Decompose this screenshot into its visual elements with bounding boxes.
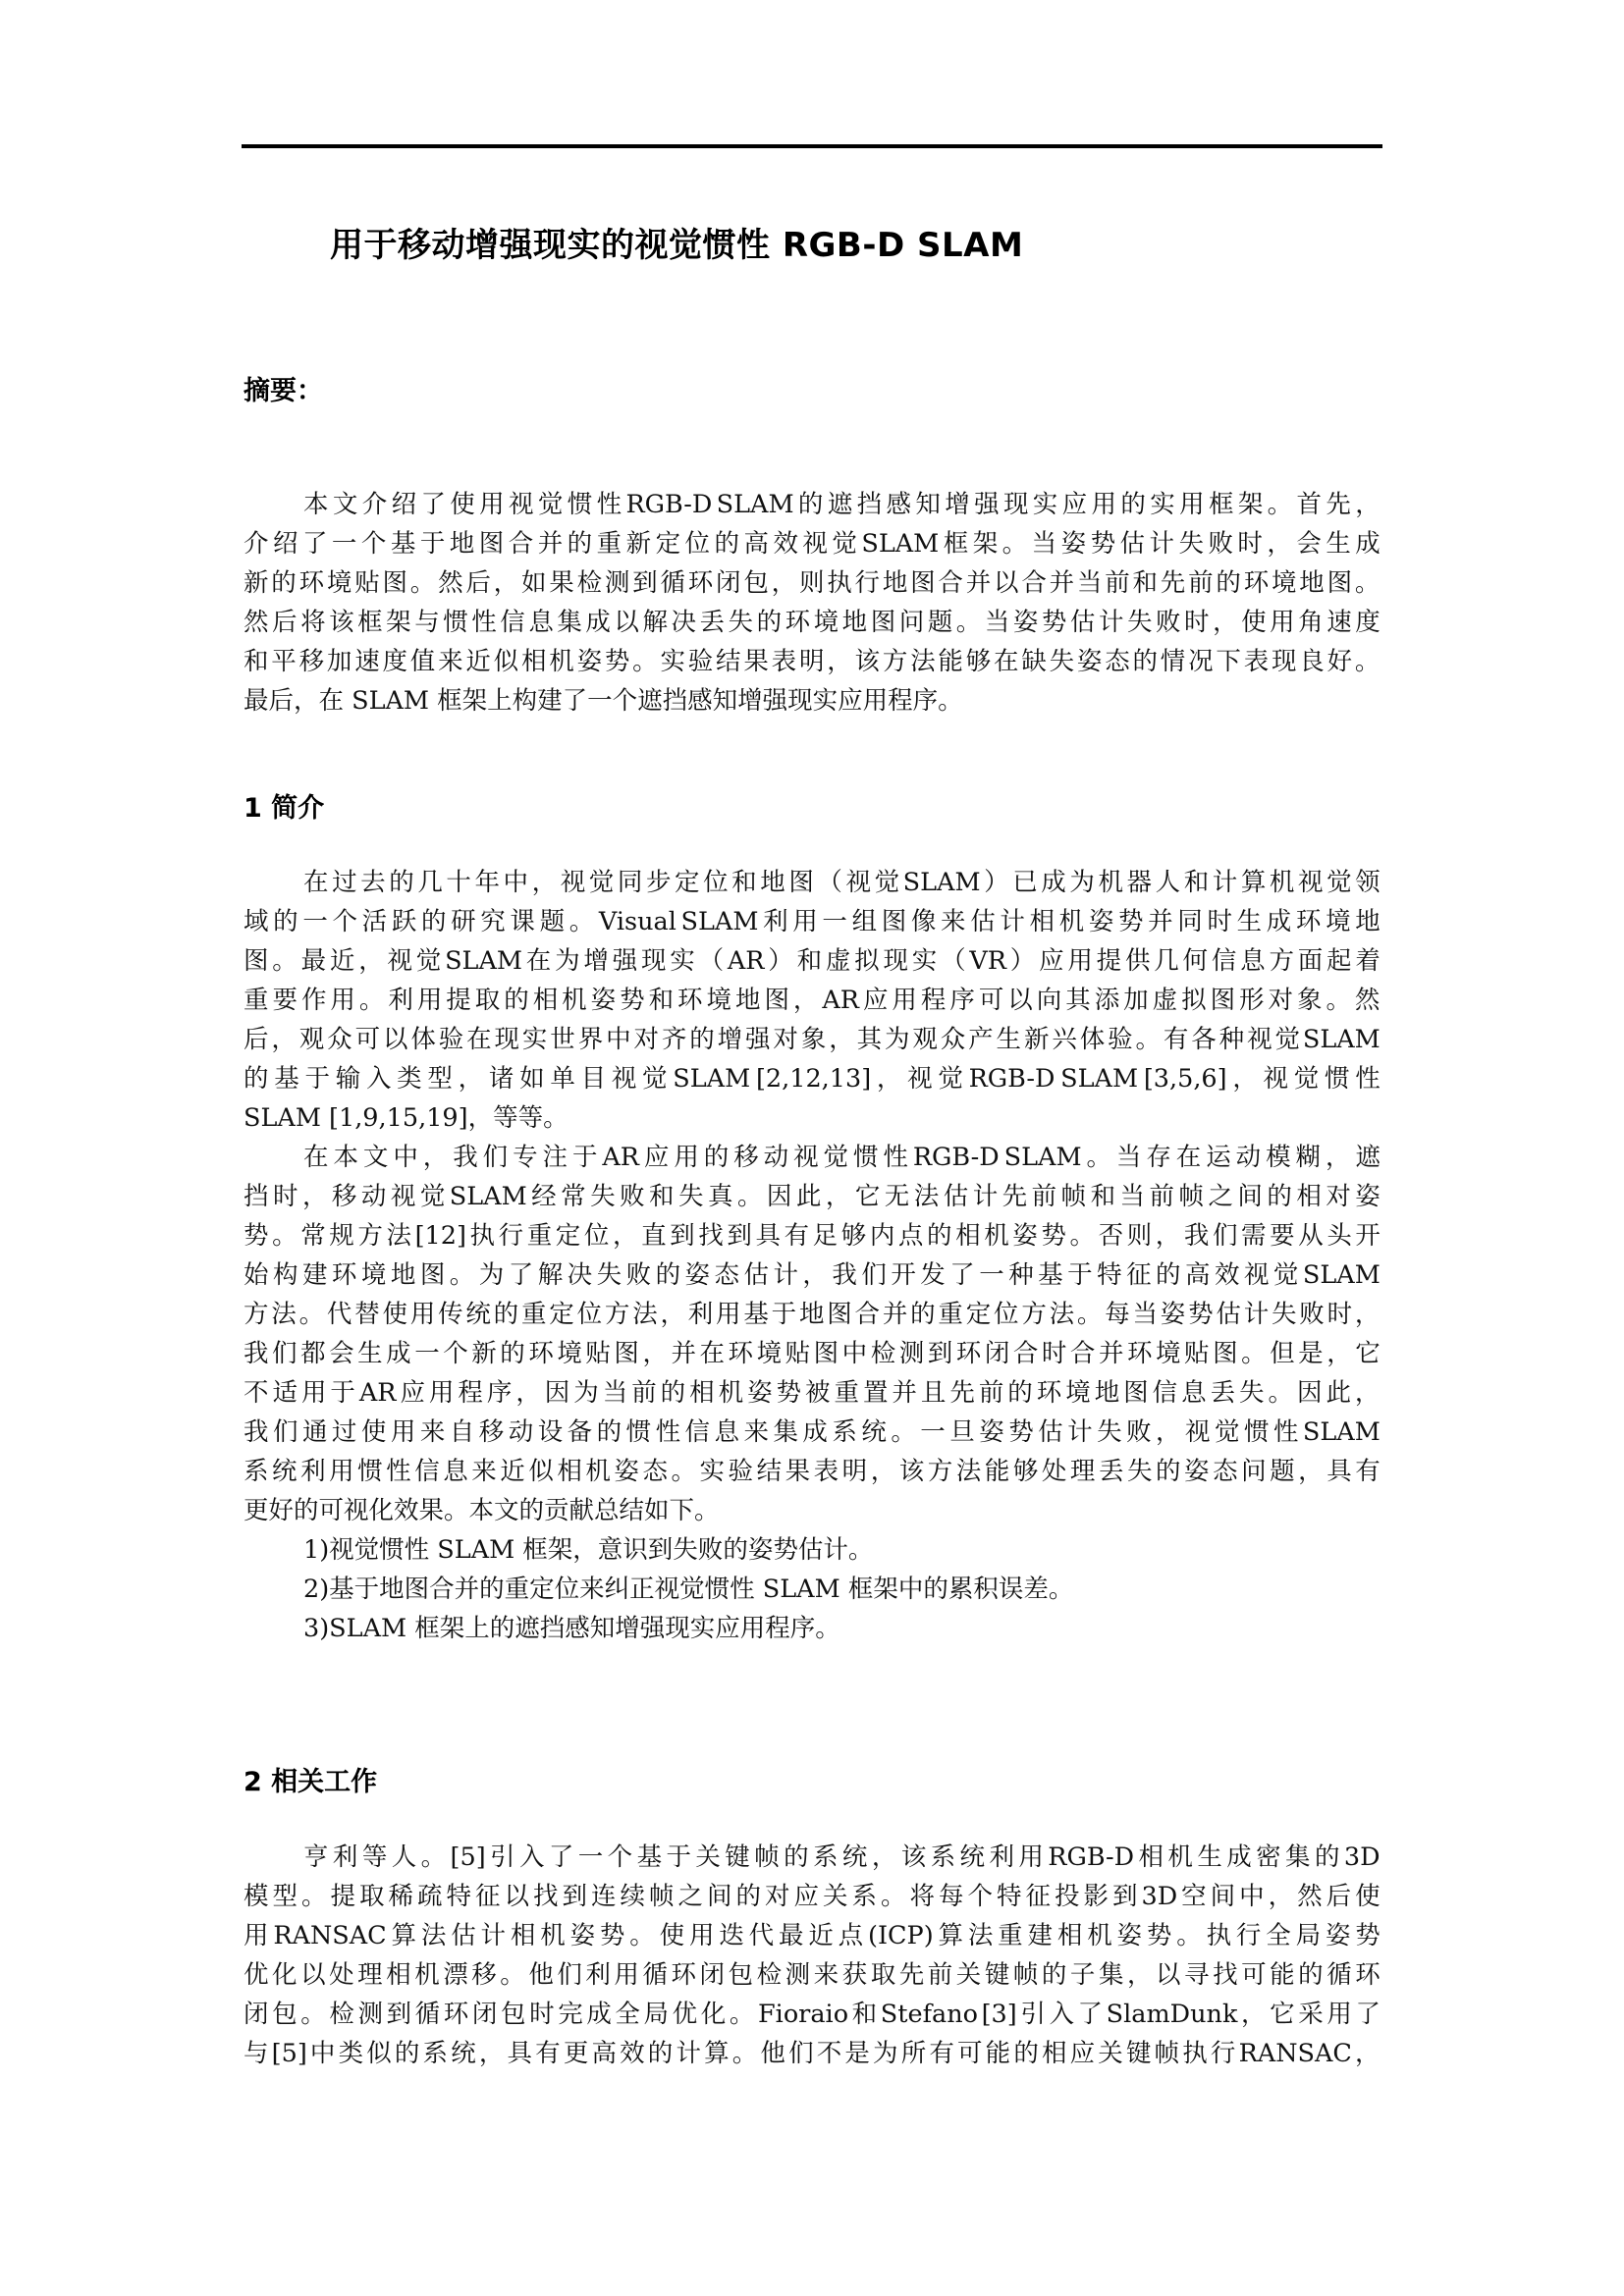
text-line: 在过去的几十年中，视觉同步定位和地图（视觉SLAM）已成为机器人和计算机视觉领 <box>244 863 1380 902</box>
list-item: 1)视觉惯性 SLAM 框架，意识到失败的姿势估计。 <box>303 1530 1285 1570</box>
text-line: 闭包。检测到循环闭包时完成全局优化。Fioraio和Stefano[3]引入了S… <box>244 1995 1380 2034</box>
abstract-heading: 摘要： <box>244 369 323 407</box>
text-line: 本文介绍了使用视觉惯性RGB-DSLAM的遮挡感知增强现实应用的实用框架。首先， <box>244 485 1380 524</box>
abstract-body: 本文介绍了使用视觉惯性RGB-DSLAM的遮挡感知增强现实应用的实用框架。首先，… <box>244 485 1380 721</box>
paper-title: 用于移动增强现实的视觉惯性 RGB-D SLAM <box>330 218 1023 266</box>
text-line: 始构建环境地图。为了解决失败的姿态估计，我们开发了一种基于特征的高效视觉SLAM <box>244 1255 1380 1295</box>
text-line: 模型。提取稀疏特征以找到连续帧之间的对应关系。将每个特征投影到3D空间中，然后使 <box>244 1877 1380 1916</box>
list-item: 2)基于地图合并的重定位来纠正视觉惯性 SLAM 框架中的累积误差。 <box>303 1570 1285 1609</box>
text-line: SLAM [1,9,15,19]，等等。 <box>244 1098 1380 1138</box>
text-line: 然后将该框架与惯性信息集成以解决丢失的环境地图问题。当姿势估计失败时，使用角速度 <box>244 603 1380 642</box>
section-2-paragraph-1: 亨利等人。[5]引入了一个基于关键帧的系统，该系统利用RGB-D相机生成密集的3… <box>244 1838 1380 2073</box>
header-rule <box>242 144 1382 148</box>
text-line: 后，观众可以体验在现实世界中对齐的增强对象，其为观众产生新兴体验。有各种视觉SL… <box>244 1020 1380 1059</box>
text-line: 最后，在 SLAM 框架上构建了一个遮挡感知增强现实应用程序。 <box>244 681 1380 721</box>
list-item: 3)SLAM 框架上的遮挡感知增强现实应用程序。 <box>303 1609 1285 1648</box>
text-line: 优化以处理相机漂移。他们利用循环闭包检测来获取先前关键帧的子集，以寻找可能的循环 <box>244 1955 1380 1995</box>
text-line: 势。常规方法[12]执行重定位，直到找到具有足够内点的相机姿势。否则，我们需要从… <box>244 1216 1380 1255</box>
section-1-paragraph-2: 在本文中，我们专注于AR应用的移动视觉惯性RGB-DSLAM。当存在运动模糊，遮… <box>244 1138 1380 1530</box>
text-line: 亨利等人。[5]引入了一个基于关键帧的系统，该系统利用RGB-D相机生成密集的3… <box>244 1838 1380 1877</box>
text-line: 新的环境贴图。然后，如果检测到循环闭包，则执行地图合并以合并当前和先前的环境地图… <box>244 563 1380 603</box>
text-line: 重要作用。利用提取的相机姿势和环境地图，AR应用程序可以向其添加虚拟图形对象。然 <box>244 981 1380 1020</box>
section-1-paragraph-1: 在过去的几十年中，视觉同步定位和地图（视觉SLAM）已成为机器人和计算机视觉领域… <box>244 863 1380 1138</box>
text-line: 系统利用惯性信息来近似相机姿态。实验结果表明，该方法能够处理丢失的姿态问题，具有 <box>244 1452 1380 1491</box>
text-line: 图。最近，视觉SLAM在为增强现实（AR）和虚拟现实（VR）应用提供几何信息方面… <box>244 941 1380 981</box>
text-line: 更好的可视化效果。本文的贡献总结如下。 <box>244 1491 1380 1530</box>
text-line: 挡时，移动视觉SLAM经常失败和失真。因此，它无法估计先前帧和当前帧之间的相对姿 <box>244 1177 1380 1216</box>
text-line: 在本文中，我们专注于AR应用的移动视觉惯性RGB-DSLAM。当存在运动模糊，遮 <box>244 1138 1380 1177</box>
section-2-heading: 2 相关工作 <box>244 1760 377 1798</box>
contributions-list: 1)视觉惯性 SLAM 框架，意识到失败的姿势估计。2)基于地图合并的重定位来纠… <box>303 1530 1285 1648</box>
text-line: 与[5]中类似的系统，具有更高效的计算。他们不是为所有可能的相应关键帧执行RAN… <box>244 2034 1380 2073</box>
text-line: 用RANSAC算法估计相机姿势。使用迭代最近点(ICP)算法重建相机姿势。执行全… <box>244 1916 1380 1955</box>
text-line: 的基于输入类型，诸如单目视觉SLAM[2,12,13]，视觉RGB-DSLAM[… <box>244 1059 1380 1098</box>
text-line: 我们通过使用来自移动设备的惯性信息来集成系统。一旦姿势估计失败，视觉惯性SLAM <box>244 1413 1380 1452</box>
text-line: 域的一个活跃的研究课题。VisualSLAM利用一组图像来估计相机姿势并同时生成… <box>244 902 1380 941</box>
text-line: 我们都会生成一个新的环境贴图，并在环境贴图中检测到环闭合时合并环境贴图。但是，它 <box>244 1334 1380 1373</box>
text-line: 方法。代替使用传统的重定位方法，利用基于地图合并的重定位方法。每当姿势估计失败时… <box>244 1295 1380 1334</box>
text-line: 介绍了一个基于地图合并的重新定位的高效视觉SLAM框架。当姿势估计失败时，会生成 <box>244 524 1380 563</box>
section-1-heading: 1 简介 <box>244 786 324 825</box>
text-line: 和平移加速度值来近似相机姿势。实验结果表明，该方法能够在缺失姿态的情况下表现良好… <box>244 642 1380 681</box>
text-line: 不适用于AR应用程序，因为当前的相机姿势被重置并且先前的环境地图信息丢失。因此， <box>244 1373 1380 1413</box>
